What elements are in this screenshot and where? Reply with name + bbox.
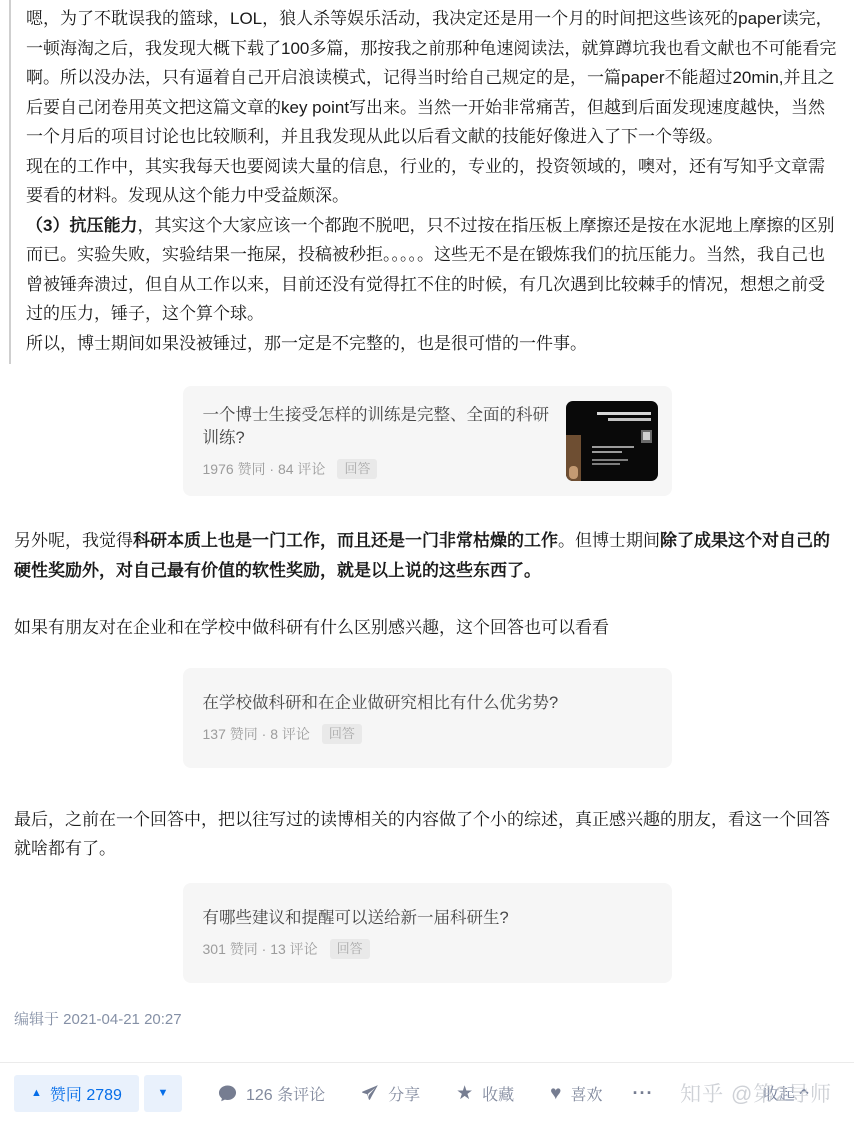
- paragraph-text: 嗯，为了不耽误我的篮球，LOL，狼人杀等娱乐活动，我决定还是用一个月的时间把这些…: [26, 9, 836, 146]
- collapse-label: 收起: [763, 1082, 795, 1105]
- thumbnail-text-line: [592, 446, 634, 448]
- card-meta: 301 赞同 · 13 评论 回答: [203, 939, 652, 959]
- paragraph-text: ，其实这个大家应该一个都跑不脱吧，只不过按在指压板上摩擦还是按在水泥地上摩擦的区…: [26, 216, 834, 324]
- thumbnail-qr-code: [641, 430, 652, 443]
- card-vote-comment-count: 137 赞同 · 8 评论: [203, 724, 310, 744]
- paragraph-research-is-a-job: 另外呢，我觉得科研本质上也是一门工作，而且还是一门非常枯燥的工作。但博士期间除了…: [14, 526, 840, 585]
- chevron-up-icon: [798, 1084, 810, 1102]
- thumbnail-title-line: [608, 418, 651, 421]
- favorite-label: 收藏: [482, 1082, 514, 1105]
- thumbnail-hand-art: [569, 466, 578, 479]
- paragraph-text: 所以，博士期间如果没被锤过，那一定是不完整的，也是很可惜的一件事。: [26, 334, 587, 353]
- card-vote-comment-count: 1976 赞同 · 84 评论: [203, 459, 326, 479]
- paper-plane-icon: [361, 1084, 379, 1102]
- paragraph-reading-story: 嗯，为了不耽误我的篮球，LOL，狼人杀等娱乐活动，我决定还是用一个月的时间把这些…: [26, 4, 840, 152]
- comments-label: 126 条评论: [246, 1082, 325, 1105]
- paragraph-final-summary: 最后，之前在一个回答中，把以往写过的读博相关的内容做了个小的综述，真正感兴趣的朋…: [14, 805, 840, 864]
- card-text: 在学校做科研和在企业做研究相比有什么优劣势? 137 赞同 · 8 评论 回答: [203, 692, 652, 744]
- favorite-button[interactable]: ★ 收藏: [456, 1082, 514, 1105]
- linked-question-card-phd-training[interactable]: 一个博士生接受怎样的训练是完整、全面的科研训练? 1976 赞同 · 84 评论…: [183, 386, 672, 496]
- thumbnail-text-line: [592, 459, 628, 461]
- comments-button[interactable]: 126 条评论: [218, 1082, 325, 1105]
- paragraph-text: 另外呢，我觉得: [14, 531, 133, 550]
- card-meta: 1976 赞同 · 84 评论 回答: [203, 459, 552, 479]
- card-thumbnail-slide: [566, 401, 658, 481]
- downvote-triangle-icon: ▼: [157, 1088, 168, 1099]
- card-meta: 137 赞同 · 8 评论 回答: [203, 724, 652, 744]
- upvote-label: 赞同 2789: [50, 1082, 122, 1105]
- answer-type-badge: 回答: [337, 459, 377, 479]
- upvote-triangle-icon: ▲: [31, 1088, 42, 1099]
- card-title: 有哪些建议和提醒可以送给新一届科研生?: [203, 907, 652, 930]
- card-text: 一个博士生接受怎样的训练是完整、全面的科研训练? 1976 赞同 · 84 评论…: [203, 404, 552, 479]
- thumbnail-text-line: [592, 451, 622, 453]
- card-text: 有哪些建议和提醒可以送给新一届科研生? 301 赞同 · 13 评论 回答: [203, 907, 652, 959]
- like-button[interactable]: ♥ 喜欢: [550, 1082, 602, 1105]
- card-title: 在学校做科研和在企业做研究相比有什么优劣势?: [203, 692, 652, 715]
- collapse-answer-button[interactable]: 收起: [763, 1082, 810, 1105]
- more-actions-button[interactable]: ···: [632, 1083, 653, 1104]
- share-button[interactable]: 分享: [361, 1082, 420, 1105]
- card-vote-comment-count: 301 赞同 · 13 评论: [203, 939, 318, 959]
- paragraph-current-work: 现在的工作中，其实我每天也要阅读大量的信息，行业的，专业的，投资领域的，噢对，还…: [26, 152, 840, 211]
- share-label: 分享: [388, 1082, 420, 1105]
- like-label: 喜欢: [570, 1082, 602, 1105]
- answer-type-badge: 回答: [322, 724, 362, 744]
- star-icon: ★: [456, 1084, 473, 1103]
- bold-run: 科研本质上也是一门工作，而且还是一门非常枯燥的工作: [133, 531, 558, 550]
- paragraph-text: 。但博士期间: [558, 531, 660, 550]
- heart-icon: ♥: [550, 1084, 561, 1103]
- upvote-button[interactable]: ▲ 赞同 2789: [14, 1075, 139, 1112]
- linked-question-card-school-vs-company[interactable]: 在学校做科研和在企业做研究相比有什么优劣势? 137 赞同 · 8 评论 回答: [183, 668, 672, 768]
- paragraph-text: 现在的工作中，其实我每天也要阅读大量的信息，行业的，专业的，投资领域的，噢对，还…: [26, 157, 825, 206]
- answer-type-badge: 回答: [330, 939, 370, 959]
- linked-question-card-advice-for-researchers[interactable]: 有哪些建议和提醒可以送给新一届科研生? 301 赞同 · 13 评论 回答: [183, 883, 672, 983]
- paragraph-stress-resistance: （3）抗压能力，其实这个大家应该一个都跑不脱吧，只不过按在指压板上摩擦还是按在水…: [26, 211, 840, 329]
- answer-action-bar: ▲ 赞同 2789 ▼ 126 条评论 分享 ★ 收藏 ♥ 喜欢 ··· 收起 …: [0, 1062, 854, 1123]
- card-title: 一个博士生接受怎样的训练是完整、全面的科研训练?: [203, 404, 552, 450]
- thumbnail-title-line: [597, 412, 651, 415]
- paragraph-conclusion: 所以，博士期间如果没被锤过，那一定是不完整的，也是很可惜的一件事。: [26, 329, 840, 359]
- answer-content: 嗯，为了不耽误我的篮球，LOL，狼人杀等娱乐活动，我决定还是用一个月的时间把这些…: [0, 0, 854, 1030]
- answer-text-block: 嗯，为了不耽误我的篮球，LOL，狼人杀等娱乐活动，我决定还是用一个月的时间把这些…: [9, 0, 840, 364]
- edited-timestamp: 编辑于 2021-04-21 20:27: [14, 1010, 840, 1030]
- comment-bubble-icon: [218, 1084, 237, 1103]
- thumbnail-text-line: [592, 463, 620, 465]
- bold-run: （3）抗压能力: [26, 216, 137, 235]
- downvote-button[interactable]: ▼: [144, 1075, 182, 1112]
- paragraph-see-this-answer: 如果有朋友对在企业和在学校中做科研有什么区别感兴趣，这个回答也可以看看: [14, 613, 840, 643]
